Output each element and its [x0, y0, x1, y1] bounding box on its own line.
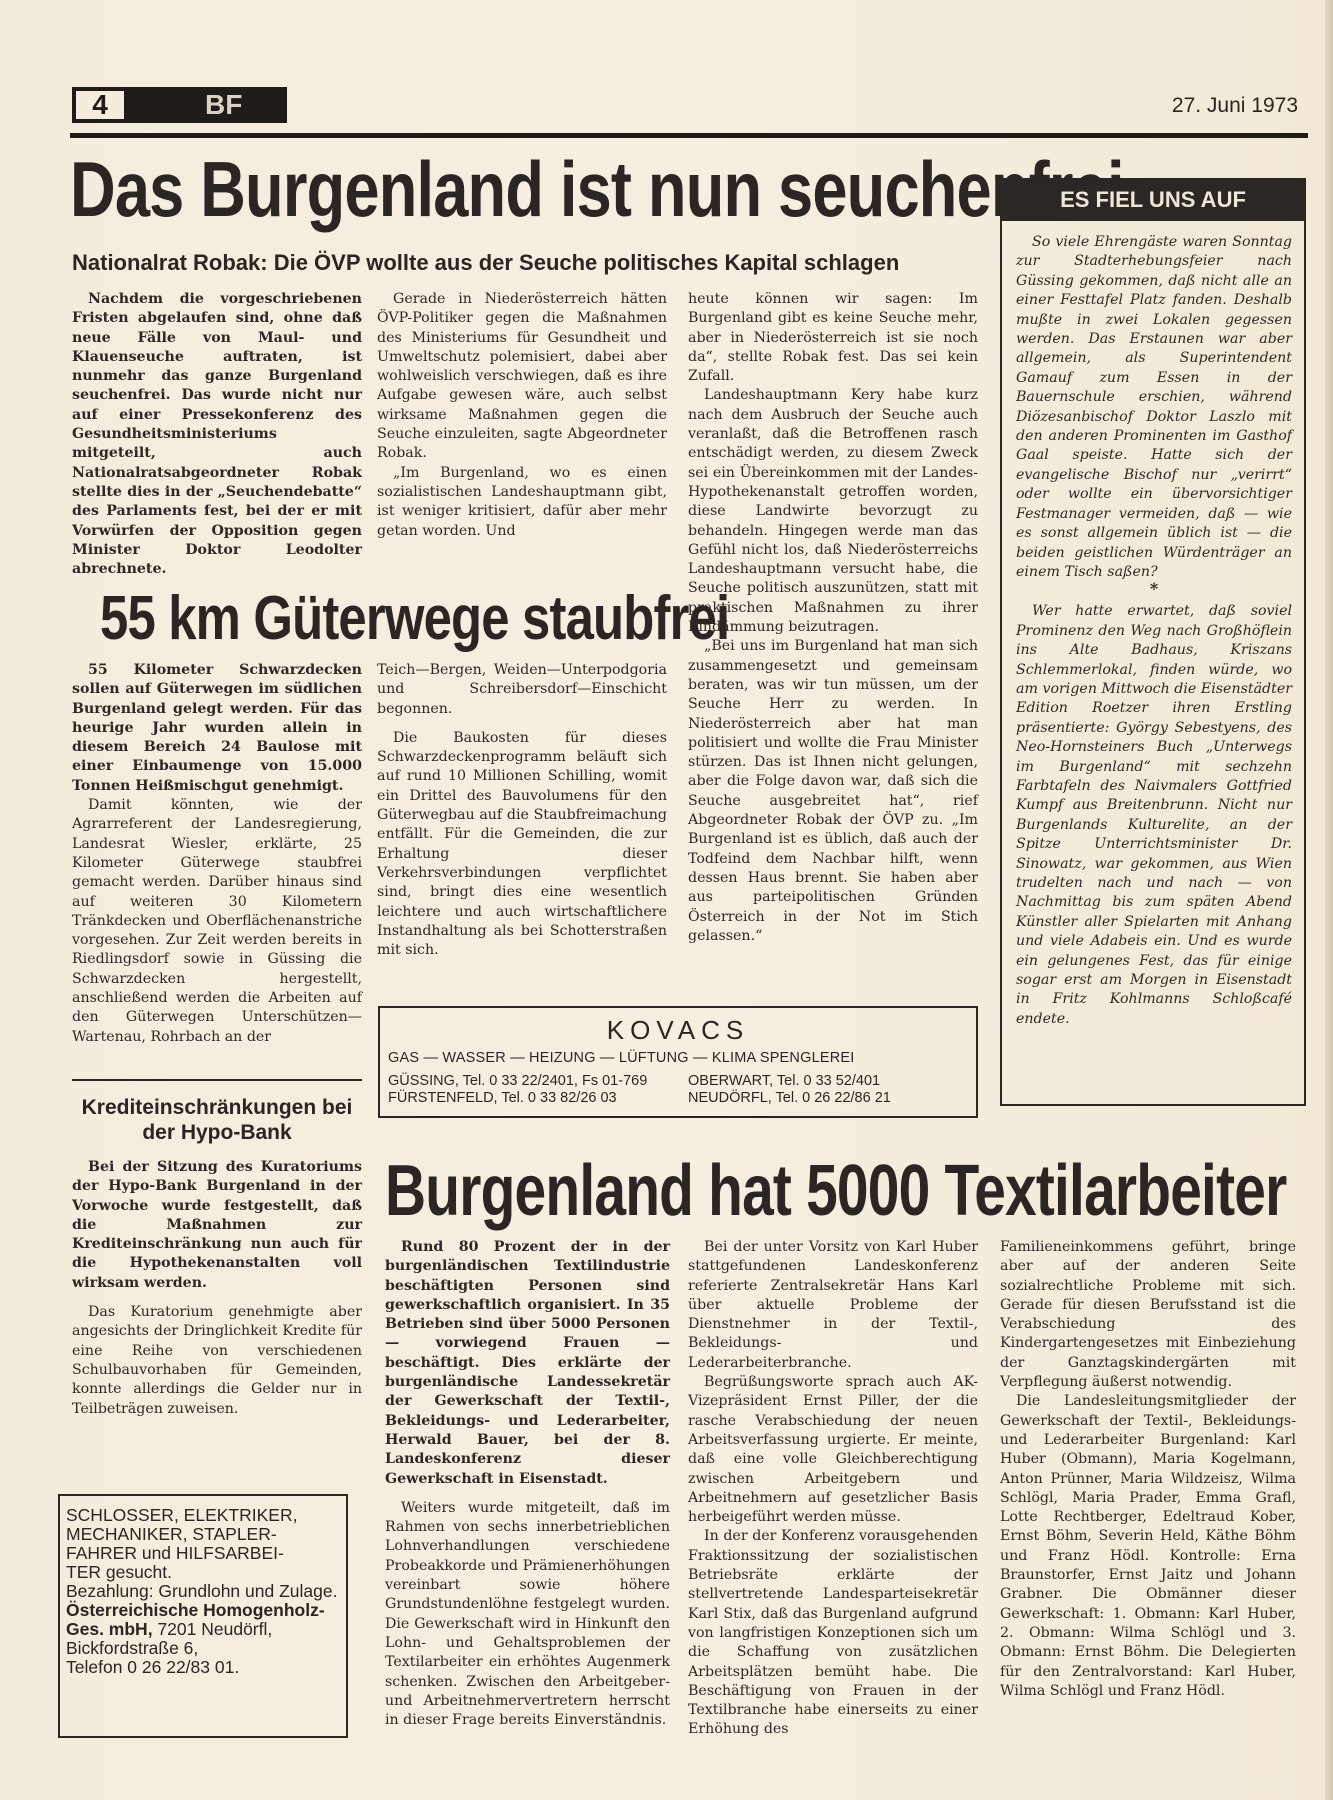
main-col3-p3: „Bei uns im Burgenland hat man sich zusa…	[688, 637, 978, 946]
textil-p3: Begrüßungsworte sprach auch AK-Vizepräsi…	[688, 1373, 978, 1527]
textil-p5: Die Landesleitungsmitglieder der Gewerks…	[1000, 1392, 1296, 1701]
ad-contact: Österreichische Homogenholz-Ges. mbH, 72…	[66, 1601, 340, 1658]
advertisement-jobs: SCHLOSSER, ELEKTRIKER, MECHANIKER, STAPL…	[58, 1494, 348, 1738]
section-divider	[72, 1079, 362, 1081]
ad-location-furstenfeld: FÜRSTENFELD, Tel. 0 33 82/26 03	[388, 1090, 688, 1107]
ad-job-line: MECHANIKER, STAPLER-	[66, 1525, 340, 1544]
ad-location-neudorfl: NEUDÖRFL, Tel. 0 26 22/86 21	[688, 1090, 891, 1107]
ad-location-row: FÜRSTENFELD, Tel. 0 33 82/26 03 NEUDÖRFL…	[388, 1090, 976, 1107]
ad-pay: Bezahlung: Grundlohn und Zulage.	[66, 1582, 340, 1601]
textil-p2: Bei der unter Vorsitz von Karl Huber sta…	[688, 1238, 978, 1373]
ad-job-line: TER gesucht.	[66, 1563, 340, 1582]
page-edge-shadow	[1325, 0, 1333, 1800]
hypo-lead: Bei der Sitzung des Kuratoriums der Hypo…	[72, 1158, 362, 1293]
textil-p4-cont: Familieneinkommens geführt, bringe aber …	[1000, 1238, 1296, 1392]
main-col3-p2: Landeshauptmann Kery habe kurz nach dem …	[688, 386, 978, 637]
ad-locations: GÜSSING, Tel. 0 33 22/2401, Fs 01-769 OB…	[388, 1073, 976, 1107]
main-article-col3: heute können wir sagen: Im Burgenland gi…	[688, 290, 978, 946]
issue-date: 27. Juni 1973	[1172, 94, 1298, 118]
ad-phone: Telefon 0 26 22/83 01.	[66, 1658, 340, 1677]
textil-p1: Weiters wurde mitgeteilt, daß im Rahmen …	[385, 1499, 670, 1731]
column-p2: Wer hatte erwartet, daß soviel Prominenz…	[1016, 602, 1292, 1029]
advertisement-kovacs: KOVACS GAS — WASSER — HEIZUNG — LÜFTUNG …	[378, 1006, 978, 1118]
main-headline: Das Burgenland ist nun seuchenfrei	[70, 150, 1124, 228]
page-number: 4	[74, 89, 126, 121]
textil-lead: Rund 80 Prozent der in der burgenländisc…	[385, 1238, 670, 1489]
ad-job-line: SCHLOSSER, ELEKTRIKER,	[66, 1506, 340, 1525]
column-p1: So viele Ehrengäste waren Sonntag zur St…	[1016, 233, 1292, 582]
ad-location-gussing: GÜSSING, Tel. 0 33 22/2401, Fs 01-769	[388, 1073, 688, 1090]
hypo-article: Bei der Sitzung des Kuratoriums der Hypo…	[72, 1158, 362, 1419]
column-es-fiel-uns-auf: So viele Ehrengäste waren Sonntag zur St…	[1016, 233, 1292, 1029]
ad-job-line: FAHRER und HILFSARBEI-	[66, 1544, 340, 1563]
hypo-p1: Das Kuratorium genehmigte aber angesicht…	[72, 1303, 362, 1419]
main-col3-p1: heute können wir sagen: Im Burgenland gi…	[688, 290, 978, 386]
ad-location-oberwart: OBERWART, Tel. 0 33 52/401	[688, 1073, 880, 1090]
ad-location-row: GÜSSING, Tel. 0 33 22/2401, Fs 01-769 OB…	[388, 1073, 976, 1090]
main-article-col1: Nachdem die vorgeschriebenen Fristen abg…	[72, 290, 362, 579]
textil-headline: Burgenland hat 5000 Textilarbeiter	[385, 1155, 1286, 1227]
guterwege-lead: 55 Kilometer Schwarzdecken sollen auf Gü…	[72, 661, 362, 796]
guterwege-headline: 55 km Güterwege staubfrei	[100, 588, 729, 650]
asterisk-separator: *	[1016, 582, 1292, 596]
newspaper-page: 4 BF 27. Juni 1973 Das Burgenland ist nu…	[0, 0, 1333, 1800]
guterwege-p1: Damit könnten, wie der Agrarreferent der…	[72, 796, 362, 1047]
guterwege-col2: Teich—Bergen, Weiden—Unterpodgoria und S…	[377, 661, 667, 960]
guterwege-p2: Die Baukosten für dieses Schwarzdeckenpr…	[377, 729, 667, 961]
header-rule	[70, 133, 1308, 138]
main-lead: Nachdem die vorgeschriebenen Fristen abg…	[72, 290, 362, 579]
main-subheadline: Nationalrat Robak: Die ÖVP wollte aus de…	[72, 250, 899, 276]
ad-company-name: KOVACS	[380, 1016, 976, 1044]
textil-col1: Rund 80 Prozent der in der burgenländisc…	[385, 1238, 670, 1730]
guterwege-p1-cont: Teich—Bergen, Weiden—Unterpodgoria und S…	[377, 661, 667, 719]
column-header-es-fiel-uns-auf: ES FIEL UNS AUF	[1000, 178, 1306, 221]
textil-col3: Familieneinkommens geführt, bringe aber …	[1000, 1238, 1296, 1701]
textil-col2: Bei der unter Vorsitz von Karl Huber sta…	[688, 1238, 978, 1740]
guterwege-col1: 55 Kilometer Schwarzdecken sollen auf Gü…	[72, 661, 362, 1047]
hypo-headline: Krediteinschränkungen bei der Hypo-Bank	[72, 1095, 362, 1145]
ad-services: GAS — WASSER — HEIZUNG — LÜFTUNG — KLIMA…	[388, 1050, 976, 1066]
main-col2-p1: Gerade in Niederösterreich hätten ÖVP-Po…	[377, 290, 667, 464]
main-article-col2: Gerade in Niederösterreich hätten ÖVP-Po…	[377, 290, 667, 541]
section-tag: BF	[205, 89, 242, 121]
textil-p4: In der der Konferenz vorausgehenden Frak…	[688, 1527, 978, 1739]
main-col2-p2: „Im Burgenland, wo es einen sozialistisc…	[377, 464, 667, 541]
